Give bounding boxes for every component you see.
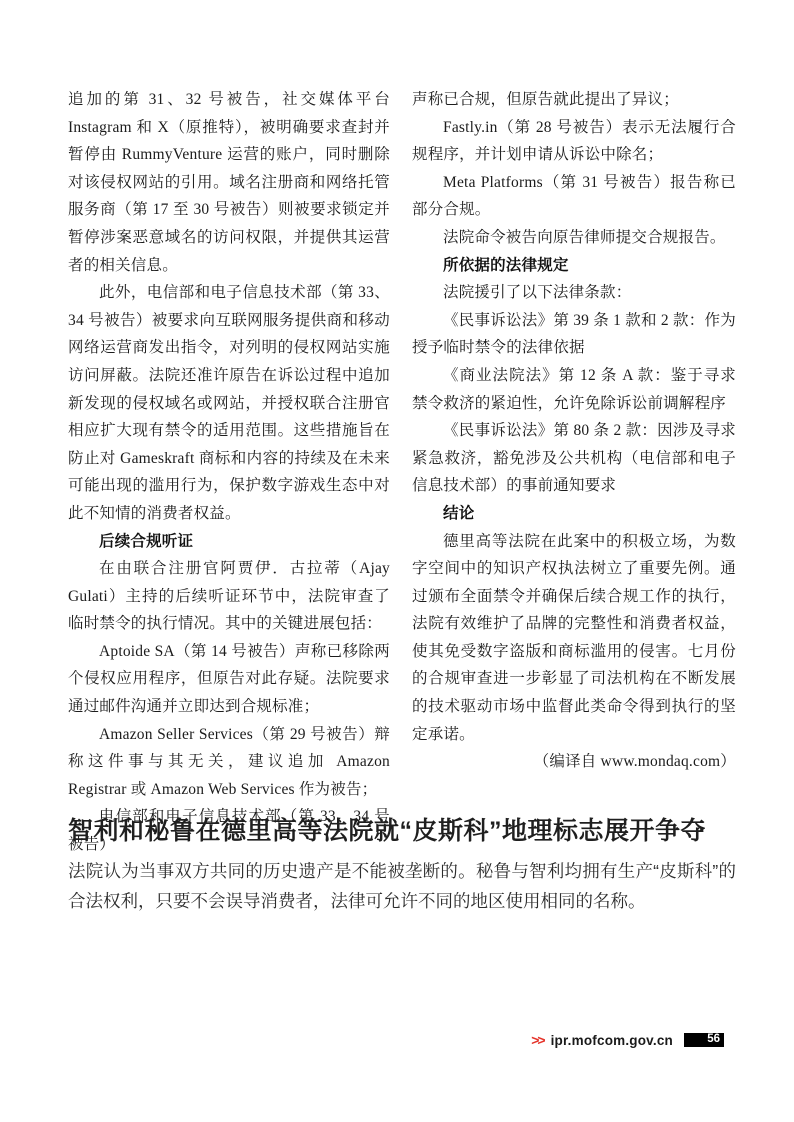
left-column: 追加的第 31、32 号被告，社交媒体平台 Instagram 和 X（原推特）…: [68, 86, 390, 859]
page-footer: >> ipr.mofcom.gov.cn 56: [531, 1031, 724, 1049]
section-heading: 后续合规听证: [68, 528, 390, 556]
paragraph-continuation: 声称已合规，但原告就此提出了异议；: [412, 86, 736, 114]
paragraph: Meta Platforms（第 31 号被告）报告称已部分合规。: [412, 169, 736, 224]
section-heading: 结论: [412, 500, 736, 528]
next-article-header: 智利和秘鲁在德里高等法院就“皮斯科”地理标志展开争夺 法院认为当事双方共同的历史…: [68, 815, 736, 916]
paragraph: Aptoide SA（第 14 号被告）声称已移除两个侵权应用程序，但原告对此存…: [68, 638, 390, 721]
paragraph: Fastly.in（第 28 号被告）表示无法履行合规程序，并计划申请从诉讼中除…: [412, 114, 736, 169]
paragraph: 此外，电信部和电子信息技术部（第 33、34 号被告）被要求向互联网服务提供商和…: [68, 279, 390, 527]
paragraph: 德里高等法院在此案中的积极立场，为数字空间中的知识产权执法树立了重要先例。通过颁…: [412, 528, 736, 749]
paragraph: Amazon Seller Services（第 29 号被告）辩称这件事与其无…: [68, 721, 390, 804]
paragraph: 《民事诉讼法》第 80 条 2 款：因涉及寻求紧急救济，豁免涉及公共机构（电信部…: [412, 417, 736, 500]
credit-line: （编译自 www.mondaq.com）: [412, 748, 736, 776]
site-url: ipr.mofcom.gov.cn: [551, 1033, 673, 1048]
right-column: 声称已合规，但原告就此提出了异议；Fastly.in（第 28 号被告）表示无法…: [412, 86, 736, 859]
paragraph: 法院援引了以下法律条款：: [412, 279, 736, 307]
paragraph: 法院命令被告向原告律师提交合规报告。: [412, 224, 736, 252]
double-chevron-icon: >>: [531, 1033, 543, 1047]
paragraph: 在由联合注册官阿贾伊．古拉蒂（Ajay Gulati）主持的后续听证环节中，法院…: [68, 555, 390, 638]
article-subtitle: 法院认为当事双方共同的历史遗产是不能被垄断的。秘鲁与智利均拥有生产“皮斯科”的合…: [68, 857, 736, 916]
paragraph: 《商业法院法》第 12 条 A 款：鉴于寻求禁令救济的紧迫性，允许免除诉讼前调解…: [412, 362, 736, 417]
article-body: 追加的第 31、32 号被告，社交媒体平台 Instagram 和 X（原推特）…: [68, 86, 736, 859]
section-heading: 所依据的法律规定: [412, 252, 736, 280]
paragraph: 《民事诉讼法》第 39 条 1 款和 2 款：作为授予临时禁令的法律依据: [412, 307, 736, 362]
paragraph-continuation: 追加的第 31、32 号被告，社交媒体平台 Instagram 和 X（原推特）…: [68, 86, 390, 279]
article-title: 智利和秘鲁在德里高等法院就“皮斯科”地理标志展开争夺: [68, 815, 736, 848]
page-number-badge: 56: [684, 1033, 724, 1047]
